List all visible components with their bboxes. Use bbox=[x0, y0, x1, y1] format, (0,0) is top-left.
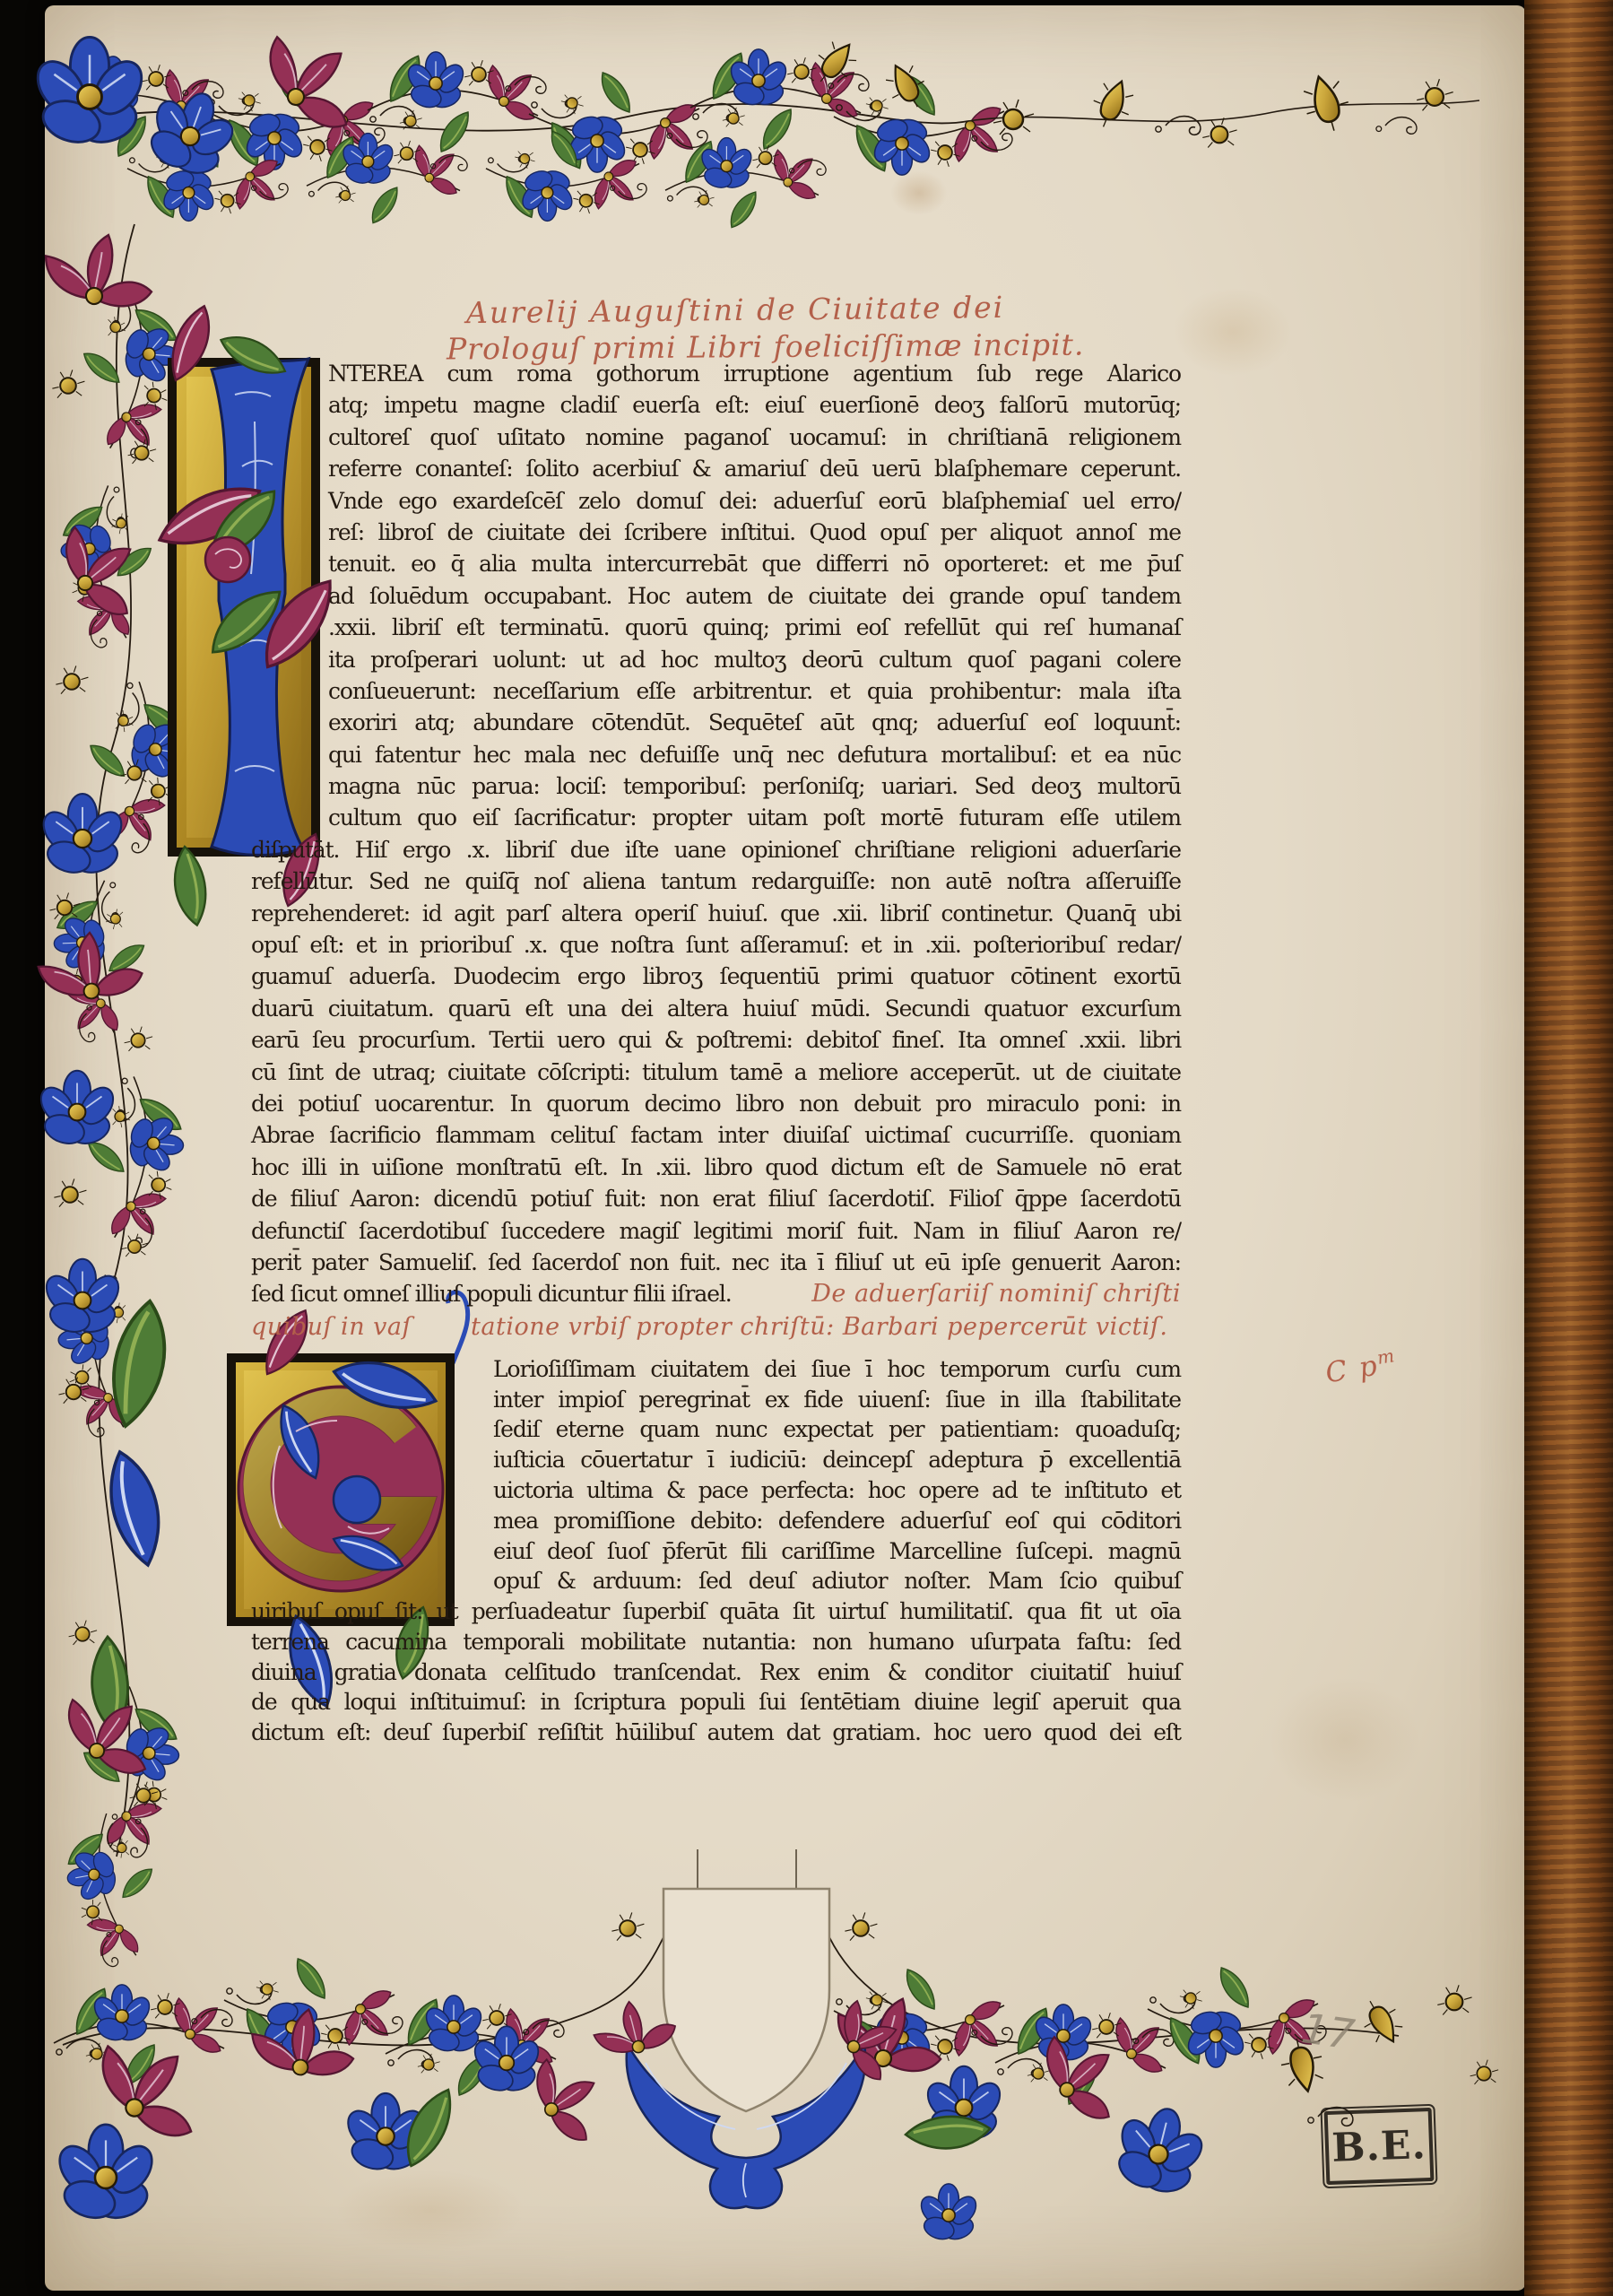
text-line: ita proſperari uolunt: ut ad hoc multoʒ … bbox=[328, 644, 1181, 675]
book-fore-edge bbox=[1524, 0, 1613, 2296]
chapter1-full-lines: uiribuſ opuſ ſit: ut perſuadeatur ſuperb… bbox=[251, 1596, 1181, 1748]
text-line: diuina gratia donata celſitudo tranſcend… bbox=[251, 1657, 1181, 1688]
text-line: Vnde ego exardeſcēſ zelo domuſ dei: adue… bbox=[328, 485, 1181, 517]
rubric-fragment: quibuſ in vaſ bbox=[251, 1310, 412, 1344]
text-line: NTEREA cum roma gothorum irruptione agen… bbox=[328, 358, 1181, 389]
text-line: earū ſeu procurſum. Tertii uero qui & po… bbox=[251, 1024, 1181, 1056]
rubric-chapter-title-start: De aduerſariiſ nominiſ chriſti bbox=[811, 1278, 1181, 1309]
manuscript-photo: { "manuscript": { "heading": { "line1": … bbox=[0, 0, 1613, 2296]
text-line: dictum eſt: deuſ ſuperbiſ reſiſtit hūili… bbox=[251, 1718, 1181, 1748]
rubric-title-line1: Aurelij Auguſtini de Ciuitate dei bbox=[466, 290, 1005, 330]
chapter1-indented-lines: Lorioſiſſimam ciuitatem dei ſiue ī hoc t… bbox=[251, 1354, 1181, 1596]
text-line: duarū ciuitatum. quarū eſt una dei alter… bbox=[251, 993, 1181, 1024]
text-line: atq; impetu magne cladiſ euerſa eſt: eiu… bbox=[328, 389, 1181, 421]
text-line: defunctiſ ſacerdotibuſ ſuccedere magiſ l… bbox=[251, 1215, 1181, 1247]
text-line: cultum quo eiſ ſacrificatur: propter uit… bbox=[328, 802, 1181, 833]
rubric-fragment: tatione vrbiſ propter chriſtū: Barbari p… bbox=[471, 1310, 1168, 1344]
prologue-indented-lines: NTEREA cum roma gothorum irruptione agen… bbox=[251, 358, 1181, 834]
text-column: NTEREA cum roma gothorum irruptione agen… bbox=[251, 358, 1181, 1748]
text-line: eiuſ deoſ ſuoſ p̄ferūt fili cariſſime Ma… bbox=[493, 1536, 1181, 1567]
text-line: cultoreſ quoſ uſitato nomine paganoſ uoc… bbox=[328, 422, 1181, 453]
text-line: magna nūc parua: lociſ: temporibuſ: perſ… bbox=[328, 770, 1181, 802]
text-line: reſ: libroſ de ciuitate dei ſcribere inſ… bbox=[328, 517, 1181, 548]
text-line: hoc illi in uiſione monſtratū eſt. In .x… bbox=[251, 1152, 1181, 1183]
text-line: referre conanteſ: ſolito acerbiuſ & amar… bbox=[328, 453, 1181, 484]
text-line: Lorioſiſſimam ciuitatem dei ſiue ī hoc t… bbox=[493, 1354, 1181, 1385]
text-line: cū ſint de utraq; ciuitate cōſcripti: ti… bbox=[251, 1057, 1181, 1088]
chapter-mark-superscript: m bbox=[1375, 1344, 1397, 1369]
text-line: .xxii. libriſ eſt terminatū. quorū quinq… bbox=[328, 612, 1181, 643]
text-line: opuſ & arduum: ſed deuſ adiutor noſter. … bbox=[493, 1566, 1181, 1596]
text-line: ſediſ eterne quam nunc expectat per pati… bbox=[493, 1414, 1181, 1445]
prologue-last-line: ſed ſicut omneſ illiuſ populi dicuntur f… bbox=[251, 1278, 1181, 1309]
text-line: uiribuſ opuſ ſit: ut perſuadeatur ſuperb… bbox=[251, 1596, 1181, 1627]
text-line: conſueuerunt: neceſſarium eſſe arbitrent… bbox=[328, 675, 1181, 707]
text-line: exoriri atq; abundare cōtendūt. Sequēteſ… bbox=[328, 707, 1181, 738]
flourish-gap bbox=[412, 1310, 471, 1344]
folio-number: 17 bbox=[1299, 2004, 1357, 2059]
text-line: tenuit. eo q̄ alia multa intercurrebāt q… bbox=[328, 548, 1181, 579]
text-line: de qua loqui inſtituimuſ: in ſcriptura p… bbox=[251, 1687, 1181, 1718]
text-line: inter impioſ peregrinat̄ ex fide uiuenſ:… bbox=[493, 1385, 1181, 1415]
chapter1-block: Lorioſiſſimam ciuitatem dei ſiue ī hoc t… bbox=[251, 1354, 1181, 1748]
text-line: iuſticia cōuertatur ī iudiciū: deincepſ … bbox=[493, 1445, 1181, 1475]
prologue-full-lines: diſputāt. Hiſ ergo .x. libriſ due iſte u… bbox=[251, 834, 1181, 1278]
text-line: ſed ſicut omneſ illiuſ populi dicuntur f… bbox=[251, 1278, 732, 1309]
library-stamp-letters: B.E. bbox=[1331, 2122, 1427, 2171]
text-line: diſputāt. Hiſ ergo .x. libriſ due iſte u… bbox=[251, 834, 1181, 865]
text-line: reprehenderet: id agit parſ altera operi… bbox=[251, 898, 1181, 929]
text-line: opuſ eſt: et in prioribuſ .x. que noſtra… bbox=[251, 929, 1181, 961]
text-line: guamuſ aduerſa. Duodecim ergo libroʒ ſeq… bbox=[251, 961, 1181, 992]
text-line: Abrae ſacrificio flammam celituſ factam … bbox=[251, 1119, 1181, 1151]
text-line: ad ſoluēdum occupabant. Hoc autem de ciu… bbox=[328, 580, 1181, 612]
text-line: terrena cacumina temporali mobilitate nu… bbox=[251, 1627, 1181, 1657]
rubric-chapter-title-line2: quibuſ in vaſ tatione vrbiſ propter chri… bbox=[251, 1310, 1181, 1344]
text-line: dei potiuſ uocarentur. In quorum decimo … bbox=[251, 1088, 1181, 1119]
text-line: refellūtur. Sed ne quiſq̄ noſ aliena tan… bbox=[251, 865, 1181, 897]
text-line: de filiuſ Aaron: dicendū potiuſ fuit: no… bbox=[251, 1183, 1181, 1214]
text-line: mea promiſſione debito: defendere aduerſ… bbox=[493, 1506, 1181, 1536]
text-line: uictoria ultima & pace perfecta: hoc ope… bbox=[493, 1475, 1181, 1506]
text-line: perit̄ pater Samueliſ. ſed ſacerdoſ non … bbox=[251, 1247, 1181, 1278]
text-line: qui fatentur hec mala nec defuiſſe unq̄ … bbox=[328, 739, 1181, 770]
library-stamp: B.E. bbox=[1324, 2108, 1435, 2185]
